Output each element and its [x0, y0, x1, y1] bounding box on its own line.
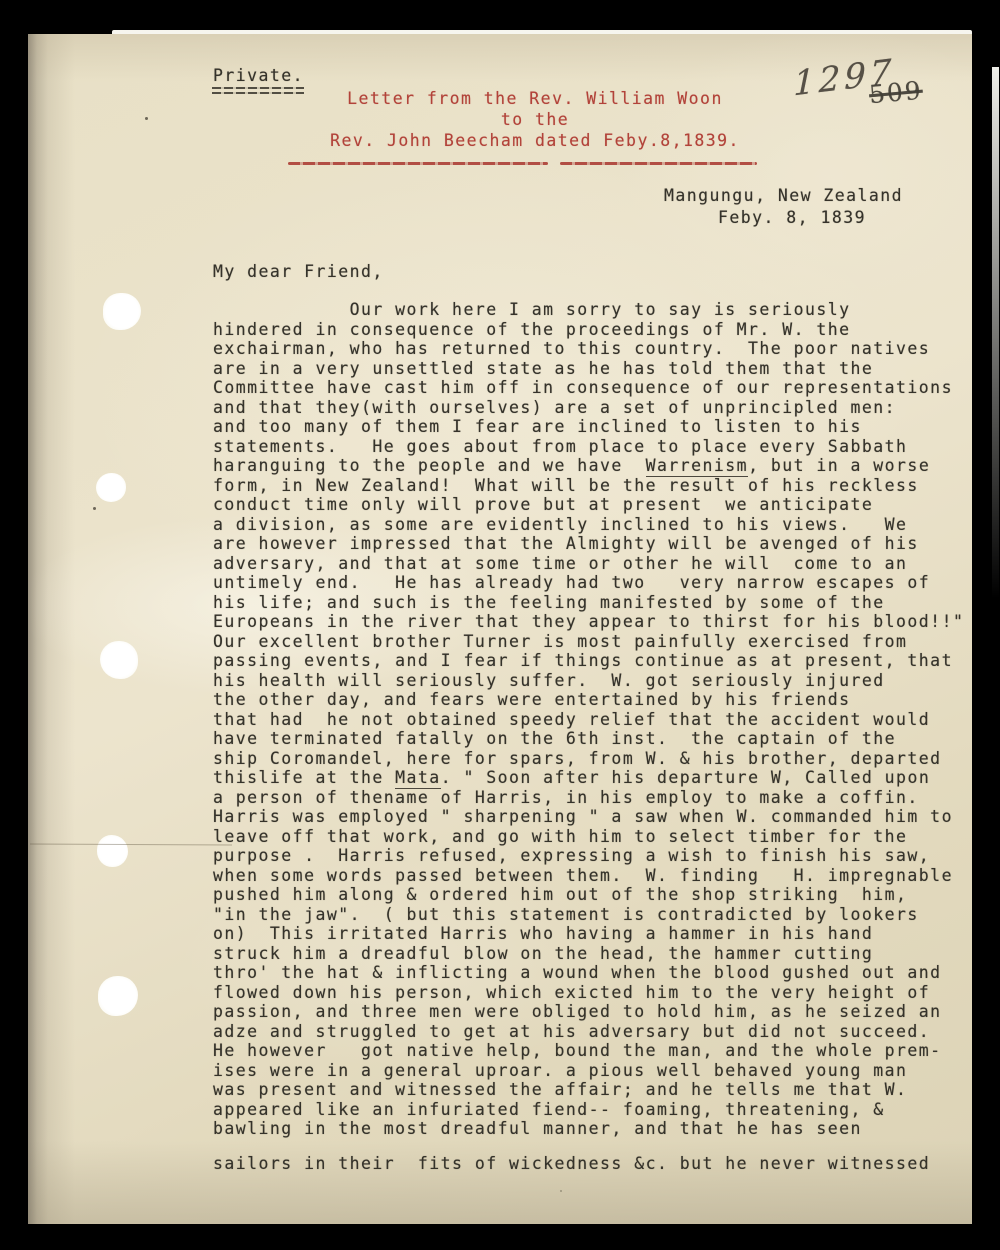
body-line: are however impressed that the Almighty … [213, 534, 964, 554]
body-line: his health will seriously suffer. W. got… [213, 671, 964, 691]
dateline-place: Mangungu, New Zealand [664, 186, 903, 205]
body-line: untimely end. He has already had two ver… [213, 573, 964, 593]
body-line: conduct time only will prove but at pres… [213, 495, 964, 515]
body-line: He however got native help, bound the ma… [213, 1041, 964, 1061]
punch-hole [100, 641, 138, 679]
heading-line: Letter from the Rev. William Woon [290, 88, 780, 109]
red-rule-left [288, 162, 548, 165]
body-line: exchairman, who has returned to this cou… [213, 339, 964, 359]
body-line: and too many of them I fear are inclined… [213, 417, 964, 437]
body-line: "in the jaw". ( but this statement is co… [213, 905, 964, 925]
body-line: Committee have cast him off in consequen… [213, 378, 964, 398]
letter-heading: Letter from the Rev. William Woon to the… [290, 88, 780, 151]
body-line: thislife at the Mata. " Soon after his d… [213, 768, 964, 788]
body-line: are in a very unsettled state as he has … [213, 359, 964, 379]
body-line: statements. He goes about from place to … [213, 437, 964, 457]
letter-body: Our work here I am sorry to say is serio… [213, 300, 964, 1139]
body-line: on) This irritated Harris who having a h… [213, 924, 964, 944]
body-line: was present and witnessed the affair; an… [213, 1080, 964, 1100]
body-line: have terminated fatally on the 6th inst.… [213, 729, 964, 749]
body-line: appeared like an infuriated fiend-- foam… [213, 1100, 964, 1120]
punch-hole [96, 473, 126, 502]
body-line: that had he not obtained speedy relief t… [213, 710, 964, 730]
ink-speck [93, 507, 96, 510]
body-line: hindered in consequence of the proceedin… [213, 320, 964, 340]
ink-speck [145, 117, 148, 120]
body-line: when some words passed between them. W. … [213, 866, 964, 886]
catchword-line: sailors in their fits of wickedness &c. … [213, 1154, 930, 1173]
body-line: pushed him along & ordered him out of th… [213, 885, 964, 905]
punch-hole [97, 835, 128, 867]
punch-hole [103, 293, 141, 330]
body-line: leave off that work, and go with him to … [213, 827, 964, 847]
body-line: passing events, and I fear if things con… [213, 651, 964, 671]
body-line: purpose . Harris refused, expressing a w… [213, 846, 964, 866]
red-rule-right [560, 162, 757, 165]
heading-line: Rev. John Beecham dated Feby.8,1839. [290, 130, 780, 151]
ink-speck [560, 1190, 562, 1192]
body-line: haranguing to the people and we have War… [213, 456, 964, 476]
body-line: his life; and such is the feeling manife… [213, 593, 964, 613]
body-line: bawling in the most dreadful manner, and… [213, 1119, 964, 1139]
body-line: Europeans in the river that they appear … [213, 612, 964, 632]
body-line: a person of thename of Harris, in his em… [213, 788, 964, 808]
body-line: adversary, and that at some time or othe… [213, 554, 964, 574]
punch-hole [98, 976, 138, 1016]
salutation: My dear Friend, [213, 262, 384, 281]
heading-line: to the [290, 109, 780, 130]
page-right-edge-highlight [992, 67, 999, 827]
body-line: Our work here I am sorry to say is serio… [213, 300, 964, 320]
dateline-date: Feby. 8, 1839 [718, 208, 866, 227]
private-label: Private. [213, 66, 304, 85]
body-line: adze and struggled to get at his adversa… [213, 1022, 964, 1042]
body-line: struck him a dreadful blow on the head, … [213, 944, 964, 964]
body-line: flowed down his person, which exicted hi… [213, 983, 964, 1003]
body-line: Our excellent brother Turner is most pai… [213, 632, 964, 652]
body-line: thro' the hat & inflicting a wound when … [213, 963, 964, 983]
struck-through-number: 509 [868, 76, 924, 110]
body-line: ises were in a general uproar. a pious w… [213, 1061, 964, 1081]
body-line: form, in New Zealand! What will be the r… [213, 476, 964, 496]
body-line: a division, as some are evidently inclin… [213, 515, 964, 535]
body-line: Harris was employed " sharpening " a saw… [213, 807, 964, 827]
body-line: passion, and three men were obliged to h… [213, 1002, 964, 1022]
body-line: ship Coromandel, here for spars, from W.… [213, 749, 964, 769]
body-line: the other day, and fears were entertaine… [213, 690, 964, 710]
body-line: and that they(with ourselves) are a set … [213, 398, 964, 418]
